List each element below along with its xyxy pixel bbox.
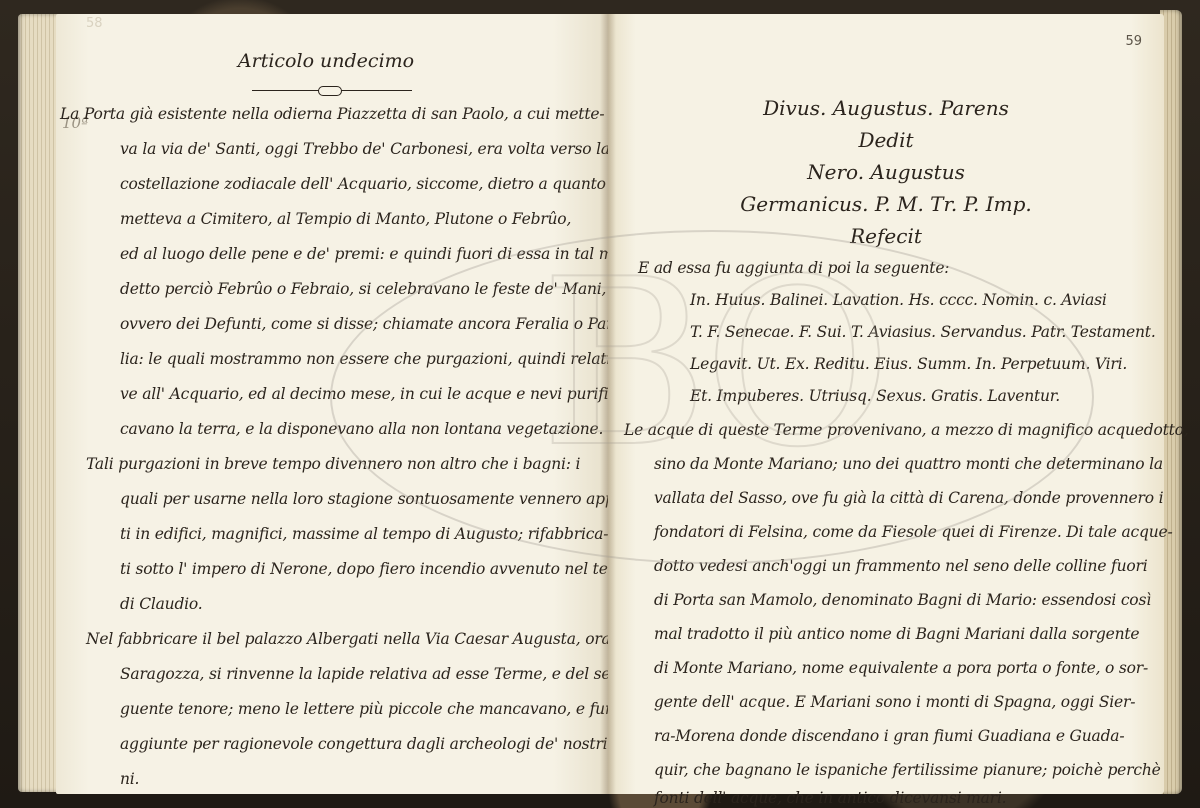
text-line: sino da Monte Mariano; uno dei quattro m… (654, 448, 1163, 480)
text-line: ti sotto l' impero di Nerone, dopo fiero… (120, 553, 641, 585)
text-line: Saragozza, si rinvenne la lapide relativ… (120, 658, 615, 690)
text-line: costellazione zodiacale dell' Acquario, … (120, 168, 670, 200)
text-line: ed al luogo delle pene e de' premi: e qu… (120, 238, 644, 270)
text-line: di Porta san Mamolo, denominato Bagni di… (654, 584, 1151, 616)
page-edges-left (18, 14, 60, 792)
inscription-line: Germanicus. P. M. Tr. P. Imp. (608, 192, 1164, 216)
text-line: fondatori di Felsina, come da Fiesole qu… (654, 516, 1173, 548)
right-page: 59 Divus. Augustus. Parens Dedit Nero. A… (608, 14, 1164, 794)
text-line: ovvero dei Defunti, come si disse; chiam… (120, 308, 652, 340)
text-line: guente tenore; meno le lettere più picco… (120, 693, 640, 725)
inscription-2-line: T. F. Senecae. F. Sui. T. Aviasius. Serv… (690, 316, 1156, 348)
page-number: 59 (1125, 34, 1142, 49)
text-line: quali per usarne nella loro stagione son… (120, 483, 660, 515)
text-line: di Claudio. (120, 588, 203, 620)
inscription-line: Divus. Augustus. Parens (608, 96, 1164, 120)
text-line: aggiunte per ragionevole congettura dagl… (120, 728, 648, 760)
text-line: mal tradotto il più antico nome di Bagni… (654, 618, 1139, 650)
text-line: vallata del Sasso, ove fu già la città d… (654, 482, 1163, 514)
text-line: La Porta già esistente nella odierna Pia… (60, 98, 604, 130)
faint-page-number: 58 (86, 16, 103, 31)
inscription-2-line: Legavit. Ut. Ex. Reditu. Eius. Summ. In.… (690, 348, 1127, 380)
text-line: lia: le quali mostrammo non essere che p… (120, 343, 616, 375)
text-line: dotto vedesi anch'oggi un frammento nel … (654, 550, 1147, 582)
text-line: Le acque di queste Terme provenivano, a … (624, 414, 1189, 446)
inscription-2-line: In. Huius. Balinei. Lavation. Hs. cccc. … (690, 284, 1107, 316)
article-title: Articolo undecimo (226, 50, 426, 72)
text-line: detto perciò Febrûo o Febraio, si celebr… (120, 273, 665, 305)
text-line: ve all' Acquario, ed al decimo mese, in … (120, 378, 614, 410)
text-line: fonti dell' acque, che in antico dicevan… (654, 782, 1006, 808)
inscription-line: Dedit (608, 128, 1164, 152)
title-ornament (318, 86, 342, 96)
inscription-line: Refecit (608, 224, 1164, 248)
text-line: cavano la terra, e la disponevano alla n… (120, 413, 603, 445)
text-line: Tali purgazioni in breve tempo divennero… (86, 448, 580, 480)
text-line: metteva a Cimitero, al Tempio di Manto, … (120, 203, 571, 235)
text-line: di Monte Mariano, nome equivalente a por… (654, 652, 1148, 684)
text-line: gente dell' acque. E Mariani sono i mont… (654, 686, 1135, 718)
text-line: Nel fabbricare il bel palazzo Albergati … (86, 623, 611, 655)
intro-line: E ad essa fu aggiunta di poi la seguente… (638, 252, 949, 284)
text-line: ra-Morena donde discendano i gran fiumi … (654, 720, 1124, 752)
inscription-2-line: Et. Impuberes. Utriusq. Sexus. Gratis. L… (690, 380, 1060, 412)
text-line: va la via de' Santi, oggi Trebbo de' Car… (120, 133, 610, 165)
text-line: ti in edifici, magnifici, massime al tem… (120, 518, 608, 550)
left-page: 58 10ª Articolo undecimo La Porta già es… (56, 14, 608, 794)
inscription-line: Nero. Augustus (608, 160, 1164, 184)
text-line: ni. (120, 763, 139, 795)
